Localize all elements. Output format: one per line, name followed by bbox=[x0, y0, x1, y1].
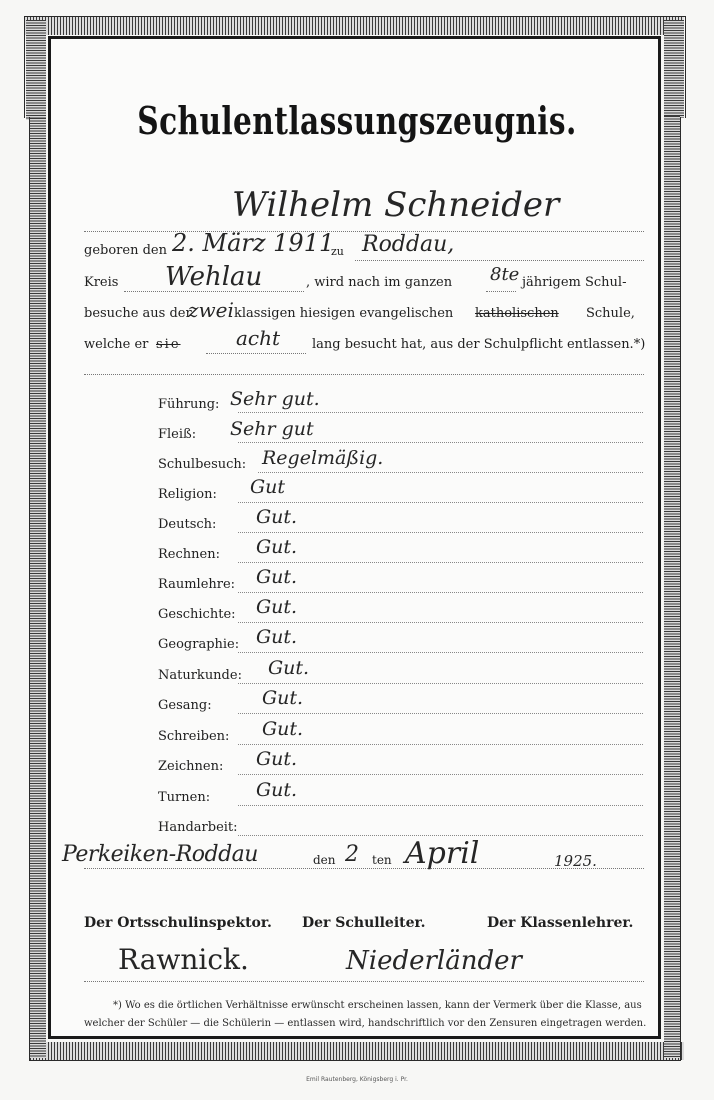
inspector-signature: Rawnick. bbox=[118, 943, 249, 976]
subject-label: Geschichte: bbox=[158, 607, 236, 622]
subject-grade: Sehr gut bbox=[230, 418, 314, 440]
birth-zu: zu bbox=[331, 245, 344, 258]
subject-label: Naturkunde: bbox=[158, 668, 242, 683]
subject-grade: Gut. bbox=[256, 536, 297, 558]
school-text-end: Schule, bbox=[586, 306, 635, 321]
date-den: den bbox=[313, 853, 336, 867]
subject-grade: Gut. bbox=[262, 718, 303, 740]
birth-place: Roddau, bbox=[362, 232, 454, 257]
birth-prefix: geboren den bbox=[84, 243, 167, 258]
teacher-label: Der Klassenlehrer. bbox=[487, 915, 633, 931]
attendance-text-end: lang besucht hat, aus der Schulpflicht e… bbox=[312, 337, 645, 352]
subject-grade: Gut. bbox=[256, 748, 297, 770]
kreis-value: Wehlau bbox=[165, 262, 262, 292]
subject-grade: Gut. bbox=[268, 657, 309, 679]
issue-day: 2 bbox=[345, 842, 359, 867]
subject-label: Handarbeit: bbox=[158, 820, 238, 835]
subject-grade: Gut bbox=[250, 476, 285, 498]
kreis-text: , wird nach im ganzen bbox=[306, 275, 452, 290]
issue-month: April bbox=[405, 836, 479, 871]
subject-label: Turnen: bbox=[158, 790, 210, 805]
date-ten: ten bbox=[372, 853, 392, 867]
subject-label: Schulbesuch: bbox=[158, 457, 246, 472]
subject-label: Religion: bbox=[158, 487, 217, 502]
document-title: Schulentlassungszeugnis. bbox=[79, 98, 636, 143]
footnote-line-1: *) Wo es die örtlichen Verhältnisse erwü… bbox=[113, 1000, 642, 1011]
subject-label: Führung: bbox=[158, 397, 219, 412]
subject-grade: Gut. bbox=[256, 779, 297, 801]
issue-place: Perkeiken-Roddau bbox=[62, 842, 258, 867]
border-bottom bbox=[30, 1042, 684, 1060]
kreis-text-end: jährigem Schul- bbox=[522, 275, 626, 290]
school-prefix: besuche aus der bbox=[84, 306, 192, 321]
border-left-upper bbox=[26, 20, 46, 120]
struck-sie: sie bbox=[156, 337, 181, 352]
printer-imprint: Emil Rautenberg, Königsberg i. Pr. bbox=[0, 1076, 714, 1083]
head-label: Der Schulleiter. bbox=[302, 915, 426, 931]
subject-grade: Gut. bbox=[262, 687, 303, 709]
footnote-line-2: welcher der Schüler — die Schülerin — en… bbox=[84, 1018, 646, 1029]
subject-label: Raumlehre: bbox=[158, 577, 235, 592]
border-right-lower bbox=[664, 116, 680, 1058]
subject-grade: Gut. bbox=[256, 596, 297, 618]
subject-label: Zeichnen: bbox=[158, 759, 223, 774]
subject-grade: Regelmäßig. bbox=[262, 447, 383, 469]
birth-date: 2. März 1911 bbox=[172, 229, 334, 257]
attendance-value: acht bbox=[236, 326, 280, 350]
struck-catholic: katholischen bbox=[475, 306, 559, 321]
issue-year: 1925. bbox=[554, 852, 597, 870]
attendance-prefix: welche er bbox=[84, 337, 148, 352]
inspector-label: Der Ortsschulinspektor. bbox=[84, 915, 272, 931]
classes-value: zwei bbox=[188, 298, 234, 322]
subject-grade: Gut. bbox=[256, 626, 297, 648]
subject-grade: Gut. bbox=[256, 506, 297, 528]
years-value: 8te bbox=[490, 264, 519, 285]
border-left-lower bbox=[30, 118, 46, 1058]
subject-label: Schreiben: bbox=[158, 729, 229, 744]
border-top bbox=[24, 17, 684, 35]
subject-grade: Gut. bbox=[256, 566, 297, 588]
subject-label: Gesang: bbox=[158, 698, 212, 713]
teacher-signature: Niederländer bbox=[346, 946, 522, 976]
subject-grade: Sehr gut. bbox=[230, 388, 320, 410]
kreis-label: Kreis bbox=[84, 275, 118, 290]
subject-label: Rechnen: bbox=[158, 547, 220, 562]
border-right-upper bbox=[664, 20, 684, 118]
subject-label: Deutsch: bbox=[158, 517, 216, 532]
school-text: klassigen hiesigen evangelischen bbox=[234, 306, 453, 321]
subject-label: Geographie: bbox=[158, 637, 239, 652]
subject-label: Fleiß: bbox=[158, 427, 196, 442]
student-name: Wilhelm Schneider bbox=[232, 185, 559, 225]
